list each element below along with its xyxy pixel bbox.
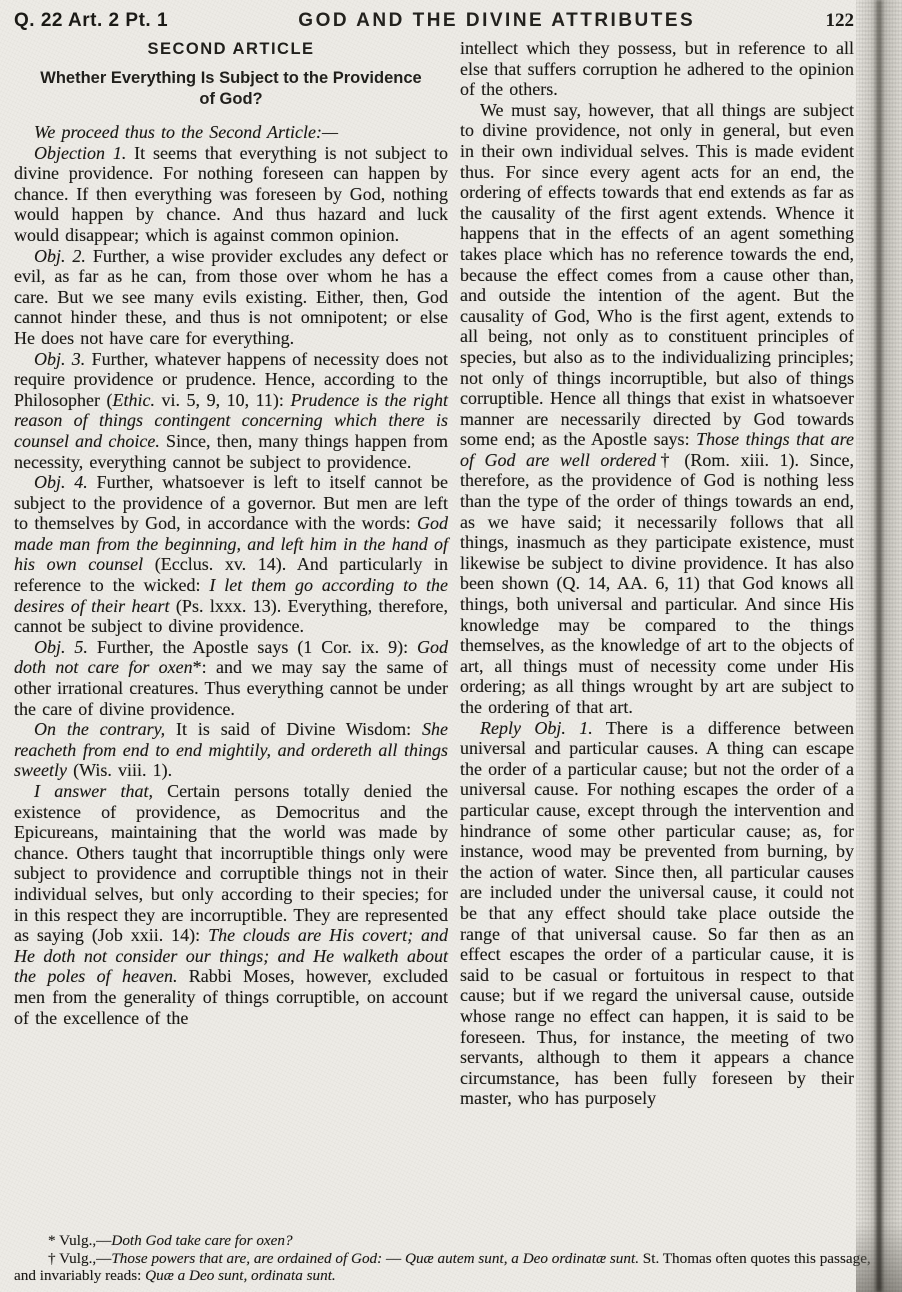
question-heading: Whether Everything Is Subject to the Pro… [31,68,431,110]
running-title: GOD AND THE DIVINE ATTRIBUTES [168,10,825,32]
left-column: SECOND ARTICLE Whether Everything Is Sub… [14,38,448,1226]
paragraph-we-must-say: We must say, however, that all things ar… [460,100,854,718]
paragraph-continuation: intellect which they possess, but in ref… [460,38,854,100]
paragraph-objection-3: Obj. 3. Further, whatever happens of nec… [14,349,448,473]
paragraph-objection-1: Objection 1. It seems that everything is… [14,143,448,246]
paragraph-objection-2: Obj. 2. Further, a wise provider exclude… [14,246,448,349]
footnote-asterisk: * Vulg.,—Doth God take care for oxen? [14,1232,874,1250]
right-column: intellect which they possess, but in ref… [460,38,854,1226]
footnote-dagger: † Vulg.,—Those powers that are, are orda… [14,1250,874,1285]
second-article-heading: SECOND ARTICLE [14,40,448,59]
two-column-text-block: SECOND ARTICLE Whether Everything Is Sub… [14,38,854,1226]
paragraph-reply-obj-1: Reply Obj. 1. There is a difference betw… [460,718,854,1109]
paragraph-objection-4: Obj. 4. Further, whatsoever is left to i… [14,472,448,637]
book-binding-scan-shadow [856,0,902,1292]
page-content: Q. 22 Art. 2 Pt. 1 GOD AND THE DIVINE AT… [14,10,854,1226]
paragraph-proceed: We proceed thus to the Second Article:— [14,122,448,143]
scanned-book-page: { "colors": { "paper": "#edebe6", "ink":… [0,0,902,1292]
paragraph-i-answer-that: I answer that, Certain persons totally d… [14,781,448,1028]
paragraph-on-the-contrary: On the contrary, It is said of Divine Wi… [14,719,448,781]
page-number: 122 [826,10,855,32]
article-reference: Q. 22 Art. 2 Pt. 1 [14,10,168,32]
footnotes-block: * Vulg.,—Doth God take care for oxen? † … [14,1232,874,1285]
running-header: Q. 22 Art. 2 Pt. 1 GOD AND THE DIVINE AT… [14,10,854,32]
paragraph-objection-5: Obj. 5. Further, the Apostle says (1 Cor… [14,637,448,719]
